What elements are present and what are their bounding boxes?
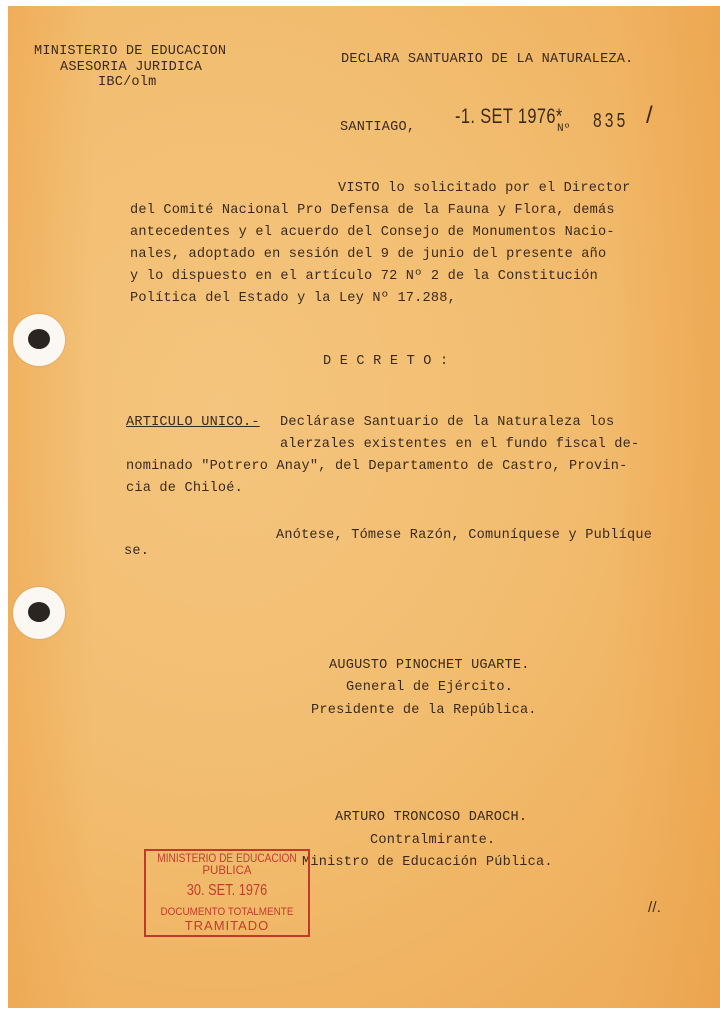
- signatory-name: ARTURO TRONCOSO DAROCH.: [335, 810, 527, 825]
- stamp-line: TRAMITADO: [146, 918, 308, 933]
- document-page: MINISTERIO DE EDUCACION ASESORIA JURIDIC…: [8, 6, 720, 1008]
- article-line: alerzales existentes en el fundo fiscal …: [280, 437, 639, 452]
- stamp-line: PUBLICA: [146, 865, 308, 877]
- preamble-line: Política del Estado y la Ley Nº 17.288,: [130, 291, 456, 306]
- ministry-line: ASESORIA JURIDICA: [60, 60, 202, 75]
- article-label: ARTICULO UNICO.-: [126, 415, 260, 430]
- handwritten-mark: /: [646, 102, 653, 130]
- signatory-name: AUGUSTO PINOCHET UGARTE.: [329, 658, 530, 673]
- preamble-line: y lo dispuesto en el artículo 72 Nº 2 de…: [130, 269, 598, 284]
- article-line: nominado "Potrero Anay", del Departament…: [126, 459, 627, 474]
- preamble-line: VISTO lo solicitado por el Director: [338, 181, 631, 196]
- stamp-line: MINISTERIO DE EDUCACION: [156, 853, 299, 865]
- document-subject: DECLARA SANTUARIO DE LA NATURALEZA.: [341, 52, 634, 67]
- decree-number: 835: [593, 110, 628, 133]
- preamble-line: antecedentes y el acuerdo del Consejo de…: [130, 225, 615, 240]
- signatory-rank: Contralmirante.: [370, 833, 495, 848]
- preamble-line: del Comité Nacional Pro Defensa de la Fa…: [130, 203, 615, 218]
- ministry-line: MINISTERIO DE EDUCACION: [34, 44, 226, 59]
- stamp-date: 30. SET. 1976: [162, 882, 292, 900]
- number-label: Nº: [557, 123, 571, 135]
- received-stamp: MINISTERIO DE EDUCACION PUBLICA 30. SET.…: [144, 849, 310, 937]
- signatory-rank: General de Ejército.: [346, 680, 513, 695]
- preamble-line: nales, adoptado en sesión del 9 de junio…: [130, 247, 606, 262]
- punch-hole-icon: [13, 587, 65, 639]
- decree-heading: D E C R E T O :: [323, 354, 448, 369]
- article-line: Declárase Santuario de la Naturaleza los: [280, 415, 614, 430]
- signatory-title: Presidente de la República.: [311, 703, 537, 718]
- ministry-line: IBC/olm: [98, 75, 157, 90]
- article-line: cia de Chiloé.: [126, 481, 243, 496]
- stamp-line: DOCUMENTO TOTALMENTE: [154, 906, 300, 918]
- closing-line: Anótese, Tómese Razón, Comuníquese y Pub…: [276, 528, 652, 543]
- closing-line: se.: [124, 544, 149, 559]
- date-stamp: -1. SET 1976*: [455, 105, 563, 129]
- punch-hole-icon: [13, 314, 65, 366]
- signatory-title: Ministro de Educación Pública.: [302, 855, 553, 870]
- dateline-city: SANTIAGO,: [340, 120, 415, 135]
- end-mark: //.: [648, 899, 661, 916]
